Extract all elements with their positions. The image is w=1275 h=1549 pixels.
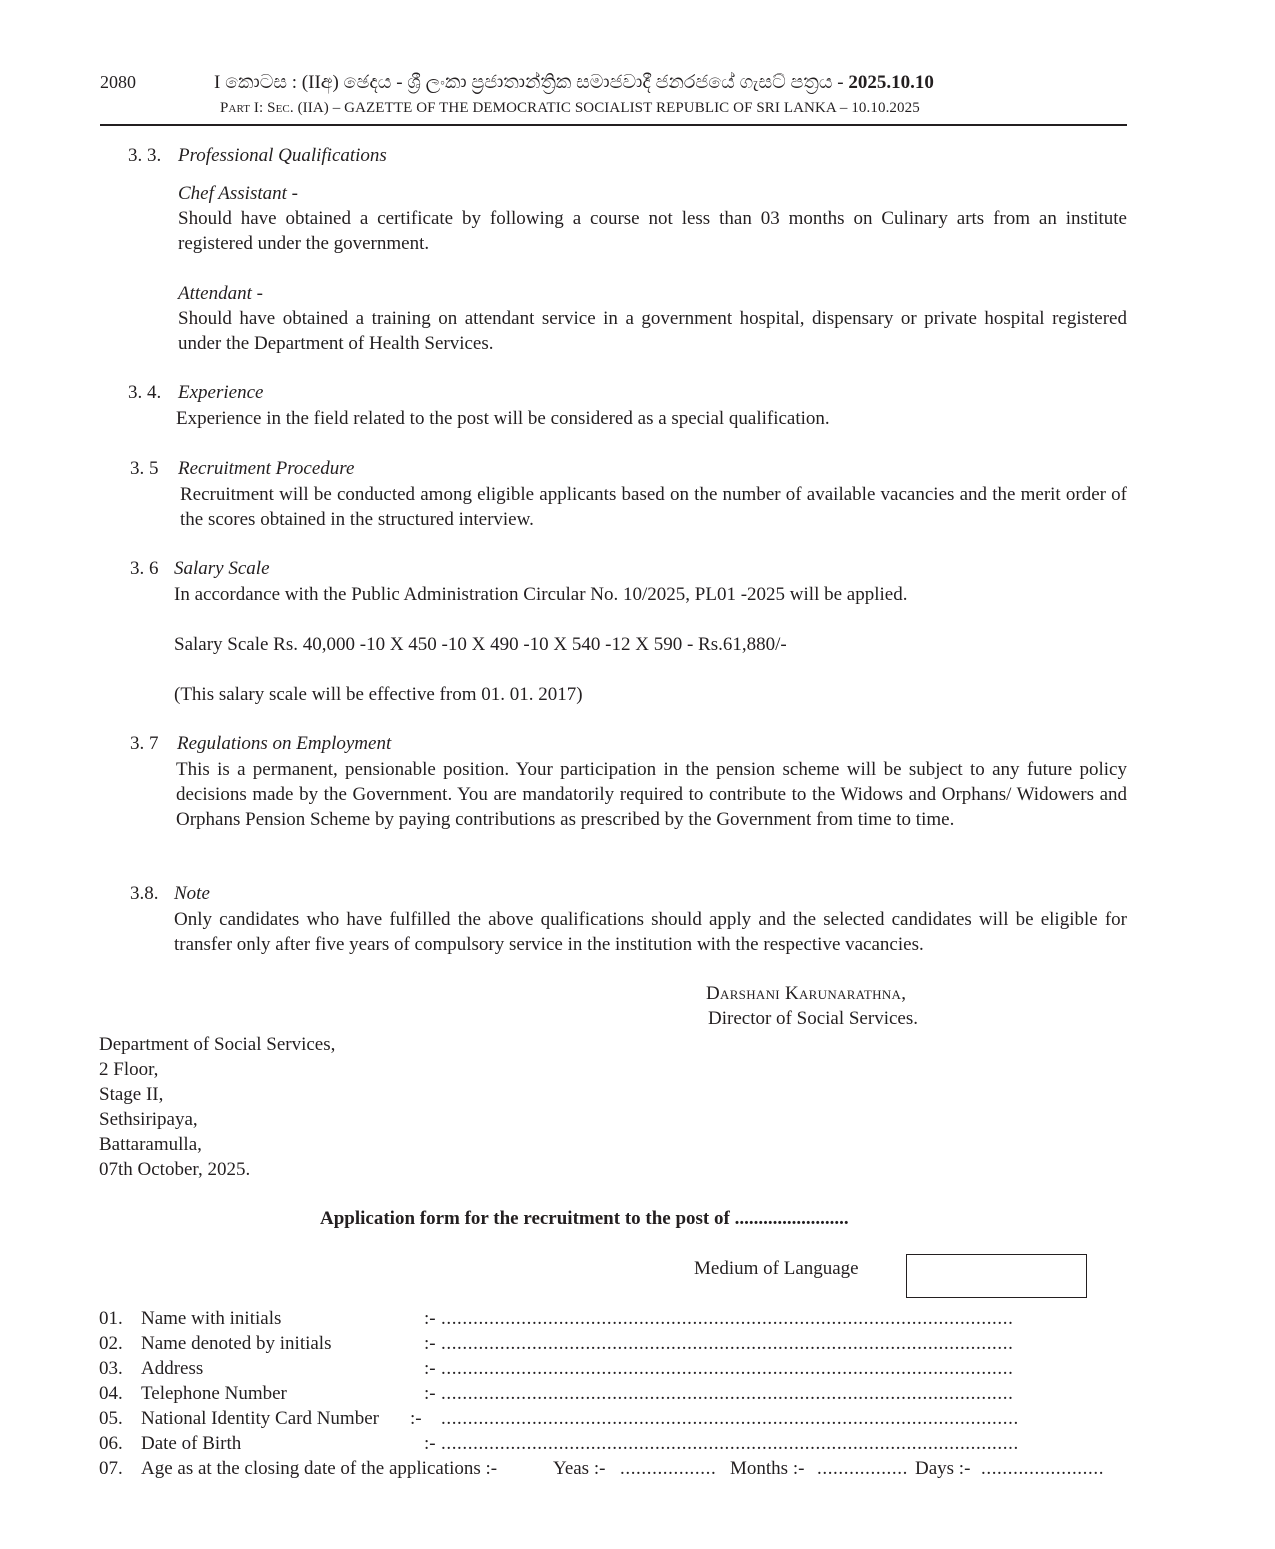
sinhala-title-date: 2025.10.10	[848, 72, 934, 93]
address-block: Department of Social Services, 2 Floor, …	[99, 1032, 335, 1182]
field-number: 03.	[99, 1358, 123, 1380]
section-3-5-title: Recruitment Procedure	[178, 458, 354, 480]
sinhala-title-text: I කොටස : (IIඅ) ඡෙදය - ශ්‍රී ලංකා ප්‍රජාත…	[214, 72, 848, 93]
form-field-date-of-birth: 06. Date of Birth :- ...................…	[99, 1433, 1094, 1458]
days-fill-line[interactable]: .......................	[981, 1458, 1104, 1480]
form-field-name-with-initials: 01. Name with initials :- ..............…	[99, 1308, 1089, 1333]
field-label: National Identity Card Number	[141, 1408, 379, 1430]
field-fill-line[interactable]: ........................................…	[441, 1308, 1087, 1330]
field-fill-line[interactable]: ........................................…	[441, 1433, 1093, 1455]
field-label: Telephone Number	[141, 1383, 287, 1405]
field-number: 04.	[99, 1383, 123, 1405]
field-fill-line[interactable]: ........................................…	[441, 1383, 1087, 1405]
field-fill-line[interactable]: ........................................…	[441, 1333, 1087, 1355]
field-label: Age as at the closing date of the applic…	[141, 1458, 497, 1480]
address-date: 07th October, 2025.	[99, 1157, 335, 1182]
months-label: Months :-	[730, 1458, 804, 1480]
form-field-nic-number: 05. National Identity Card Number :- ...…	[99, 1408, 1094, 1433]
field-number: 06.	[99, 1433, 123, 1455]
gazette-title-sinhala: I කොටස : (IIඅ) ඡෙදය - ශ්‍රී ලංකා ප්‍රජාත…	[214, 72, 934, 94]
days-label: Days :-	[915, 1458, 970, 1480]
chef-assistant-title: Chef Assistant -	[178, 183, 298, 205]
field-separator: :-	[424, 1433, 436, 1455]
section-3-4-number: 3. 4.	[128, 382, 161, 404]
section-3-7-title: Regulations on Employment	[177, 733, 391, 755]
attendant-text: Should have obtained a training on atten…	[178, 306, 1127, 356]
attendant-title: Attendant -	[178, 283, 263, 305]
field-label: Name with initials	[141, 1308, 281, 1330]
section-3-8-text: Only candidates who have fulfilled the a…	[174, 907, 1127, 957]
section-3-8-title: Note	[174, 883, 210, 905]
field-label: Address	[141, 1358, 203, 1380]
form-field-telephone-number: 04. Telephone Number :- ................…	[99, 1383, 1089, 1408]
form-field-address: 03. Address :- .........................…	[99, 1358, 1089, 1383]
address-line: 2 Floor,	[99, 1057, 335, 1082]
field-number: 05.	[99, 1408, 123, 1430]
page-number: 2080	[100, 72, 136, 93]
gazette-title-rest: (IIA) – GAZETTE OF THE DEMOCRATIC SOCIAL…	[298, 100, 920, 116]
years-fill-line[interactable]: ..................	[620, 1458, 716, 1480]
section-3-5-number: 3. 5	[130, 458, 159, 480]
field-fill-line[interactable]: ........................................…	[441, 1358, 1087, 1380]
section-3-3-number: 3. 3.	[128, 145, 161, 167]
field-label: Name denoted by initials	[141, 1333, 331, 1355]
section-3-5-text: Recruitment will be conducted among elig…	[180, 482, 1127, 532]
section-3-4-text: Experience in the field related to the p…	[176, 406, 1127, 431]
field-separator: :-	[410, 1408, 422, 1430]
section-3-7-text: This is a permanent, pensionable positio…	[176, 757, 1127, 832]
section-3-3-title: Professional Qualifications	[178, 145, 387, 167]
signatory-name: Darshani Karunarathna,	[706, 983, 906, 1005]
address-line: Department of Social Services,	[99, 1032, 335, 1057]
sec-label: : Sec.	[259, 100, 294, 116]
months-fill-line[interactable]: .................	[817, 1458, 908, 1480]
section-3-6-title: Salary Scale	[174, 558, 270, 580]
application-form-title: Application form for the recruitment to …	[320, 1208, 849, 1230]
form-field-name-denoted-by-initials: 02. Name denoted by initials :- ........…	[99, 1333, 1089, 1358]
medium-of-language-box[interactable]	[906, 1254, 1087, 1298]
section-3-6-text-1: In accordance with the Public Administra…	[174, 582, 1127, 607]
field-separator: :-	[424, 1358, 436, 1380]
address-line: Sethsiripaya,	[99, 1107, 335, 1132]
section-3-6-number: 3. 6	[130, 558, 159, 580]
salary-effective-text: (This salary scale will be effective fro…	[174, 682, 1127, 707]
field-number: 07.	[99, 1458, 123, 1480]
field-separator: :-	[424, 1383, 436, 1405]
address-line: Battaramulla,	[99, 1132, 335, 1157]
field-separator: :-	[424, 1308, 436, 1330]
section-3-4-title: Experience	[178, 382, 263, 404]
section-3-8-number: 3.8.	[130, 883, 159, 905]
header-rule	[100, 124, 1127, 126]
form-field-age: 07. Age as at the closing date of the ap…	[99, 1458, 1109, 1483]
salary-scale-text: Salary Scale Rs. 40,000 -10 X 450 -10 X …	[174, 632, 1127, 657]
address-line: Stage II,	[99, 1082, 335, 1107]
years-label: Yeas :-	[553, 1458, 605, 1480]
field-separator: :-	[424, 1333, 436, 1355]
section-3-7-number: 3. 7	[130, 733, 159, 755]
part-label: Part I	[220, 100, 259, 116]
medium-of-language-label: Medium of Language	[694, 1258, 859, 1280]
field-label: Date of Birth	[141, 1433, 241, 1455]
field-fill-line[interactable]: ........................................…	[441, 1408, 1093, 1430]
signatory-designation: Director of Social Services.	[708, 1008, 918, 1030]
field-number: 01.	[99, 1308, 123, 1330]
chef-assistant-text: Should have obtained a certificate by fo…	[178, 206, 1127, 256]
gazette-title-english: Part I: Sec. (IIA) – GAZETTE OF THE DEMO…	[220, 100, 920, 117]
field-number: 02.	[99, 1333, 123, 1355]
